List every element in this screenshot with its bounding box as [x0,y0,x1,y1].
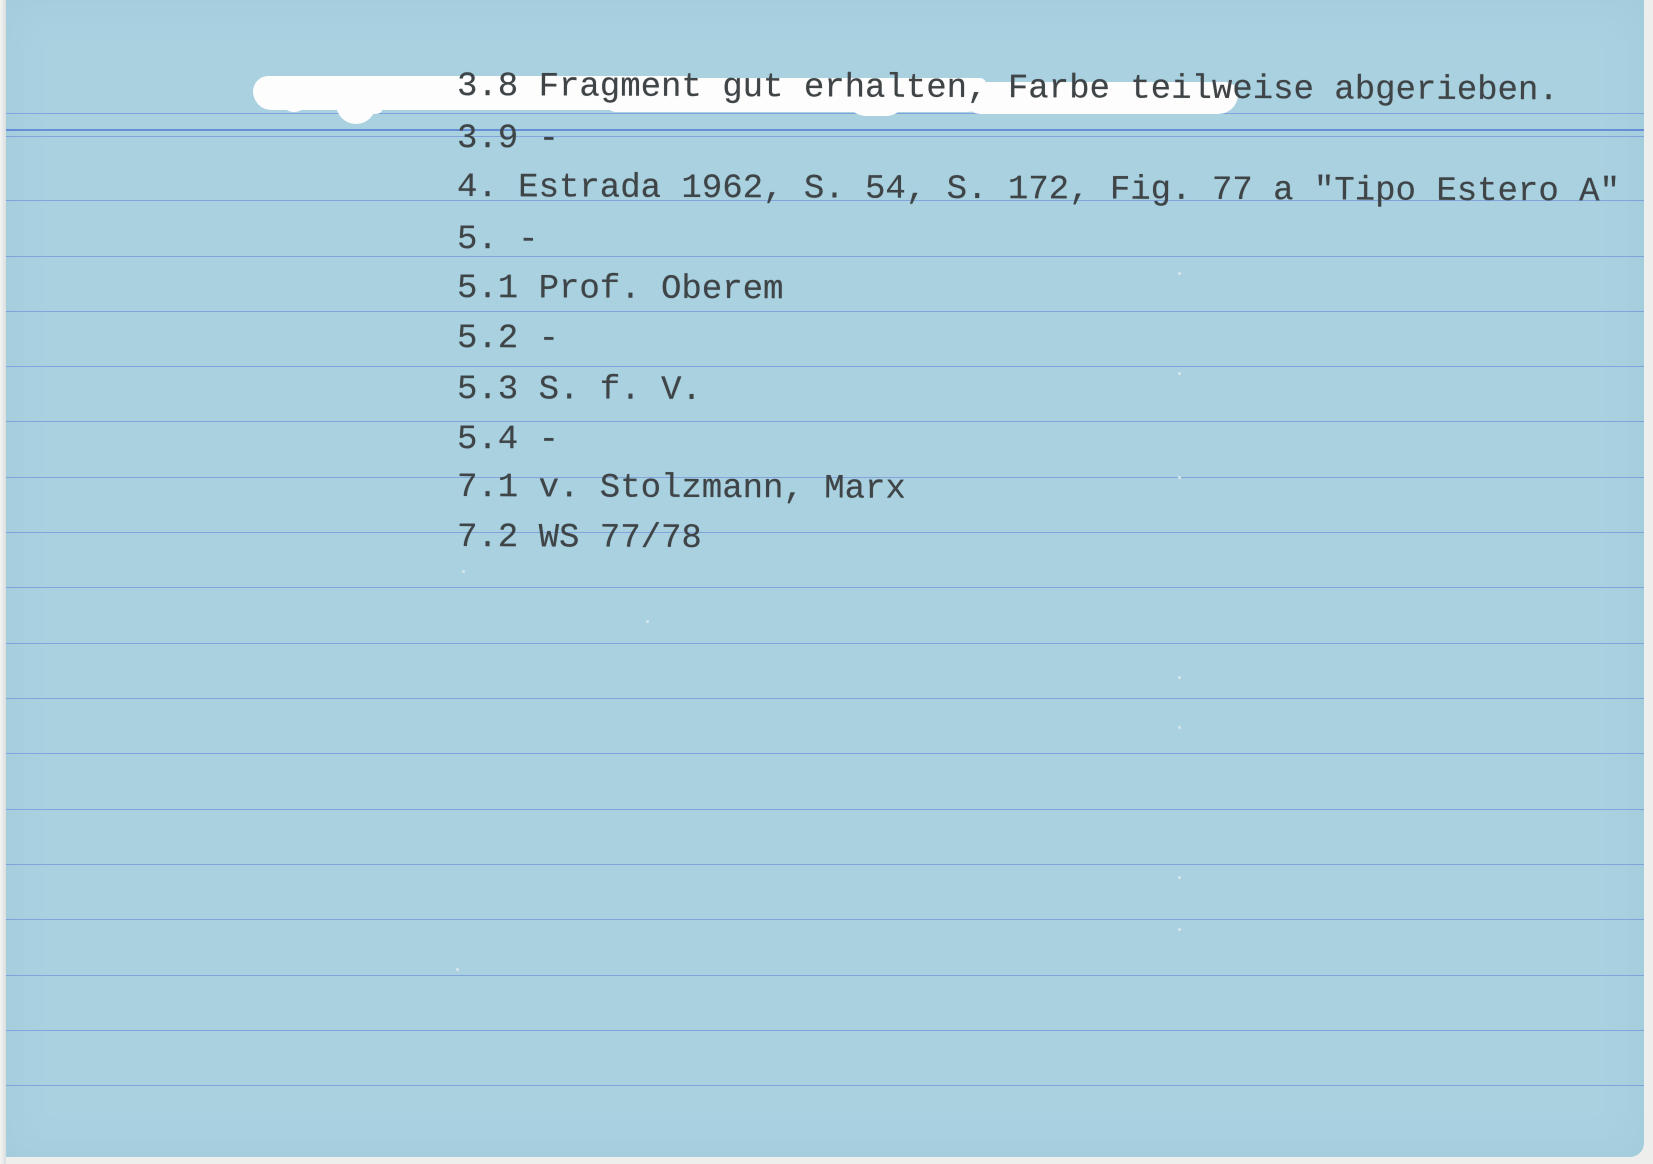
ruled-line [6,421,1644,422]
ruled-line [6,587,1644,588]
index-card: 3.8 Fragment gut erhalten, Farbe teilwei… [6,0,1644,1157]
ruled-line [6,643,1644,644]
paper-speck [1178,476,1181,479]
ruled-line [6,698,1644,699]
paper-speck [1178,928,1181,931]
ruled-line [6,864,1644,865]
card-line-3-8: 3.8 Fragment gut erhalten, Farbe teilwei… [457,70,1559,108]
ruled-line [6,975,1644,976]
ruled-line [6,1085,1644,1086]
paper-speck [646,620,649,623]
ruled-line [6,809,1644,810]
card-line-5-1: 5.1 Prof. Oberem [457,272,784,307]
ruled-line-double-top [6,129,1644,131]
paper-speck [1178,876,1181,879]
paper-speck [456,968,459,971]
ruled-line [6,256,1644,257]
ruled-line [6,753,1644,754]
card-line-5-3: 5.3 S. f. V. [457,373,702,408]
card-line-5-4: 5.4 - [457,423,559,457]
ruled-line [6,113,1644,114]
paper-speck [1178,372,1181,375]
paper-speck [1178,726,1181,729]
ruled-line [6,1030,1644,1031]
ruled-line [6,532,1644,533]
card-line-5: 5. - [457,223,539,257]
ruled-line [6,311,1644,312]
card-line-7-1: 7.1 v. Stolzmann, Marx [457,471,906,507]
ruled-line-double-bottom [6,136,1644,137]
ruled-line [6,366,1644,367]
card-line-5-2: 5.2 - [457,322,559,356]
card-line-7-2: 7.2 WS 77/78 [457,521,702,556]
paper-speck [1178,676,1181,679]
paper-speck [462,570,465,573]
paper-speck [1178,272,1181,275]
card-line-4: 4. Estrada 1962, S. 54, S. 172, Fig. 77 … [457,171,1620,209]
ruled-line [6,919,1644,920]
card-line-3-9: 3.9 - [457,122,559,156]
